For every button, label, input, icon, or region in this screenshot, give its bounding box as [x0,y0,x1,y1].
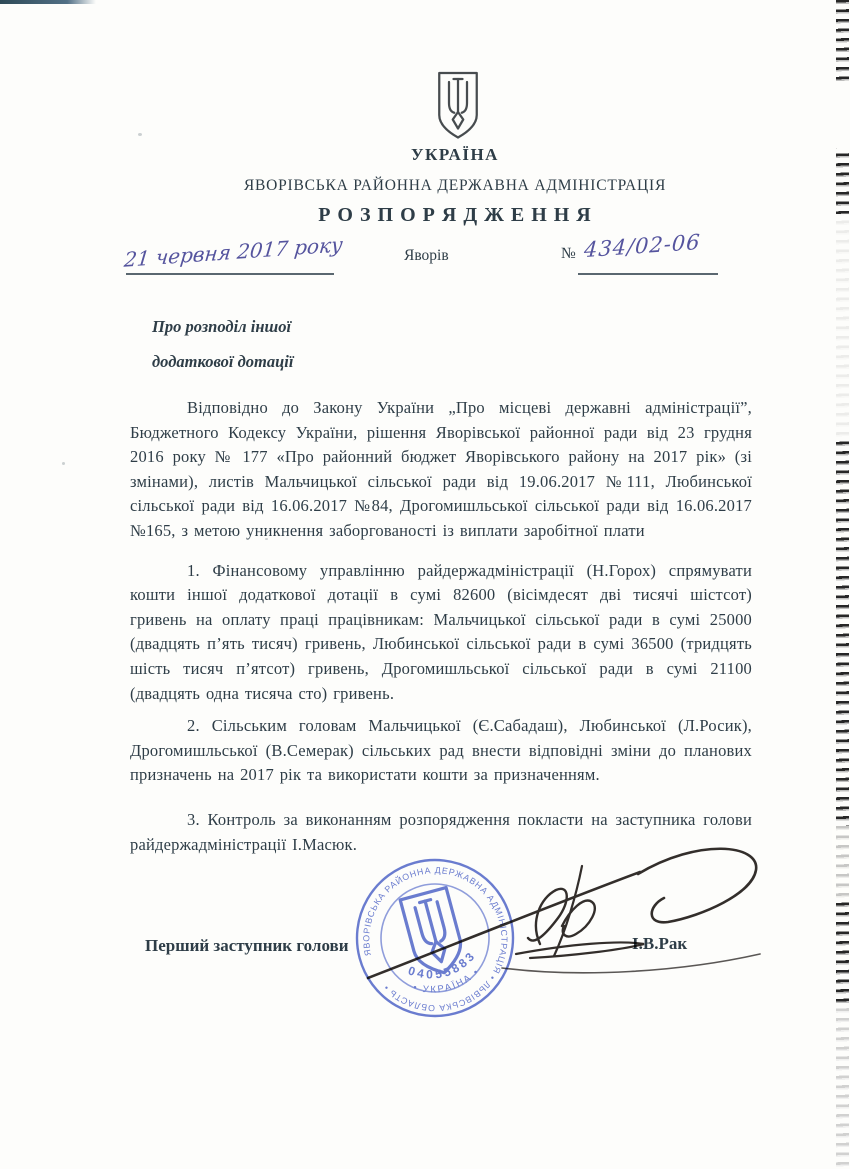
tryzub-emblem-icon [433,70,483,142]
scanned-document-page: УКРАЇНА ЯВОРІВСЬКА РАЙОННА ДЕРЖАВНА АДМІ… [0,0,850,1169]
body-paragraph: Відповідно до Закону України „Про місцев… [130,396,752,544]
signature-autograph [240,826,800,1006]
document-body: Відповідно до Закону України „Про місцев… [130,396,752,857]
number-handwritten: 434/02-06 [583,230,701,262]
scan-binding-gap [832,826,850,898]
scan-speck [62,462,65,465]
body-paragraph: 2. Сільським головам Мальчицької (Є.Саба… [130,714,752,788]
scan-binding-gap [832,84,850,148]
document-type-title: Р О З П О Р Я Д Ж Е Н Н Я [60,204,850,227]
scan-binding-marks [836,0,849,1169]
subject-line-2: додаткової дотації [152,344,293,379]
body-paragraph: 1. Фінансовому управлінню райдержадмініс… [130,559,752,707]
place-name: Яворів [404,247,449,265]
subject-block: Про розподіл іншої додаткової дотації [152,309,293,379]
authority-name: ЯВОРІВСЬКА РАЙОННА ДЕРЖАВНА АДМІНІСТРАЦІ… [60,177,850,195]
date-underline [126,273,334,275]
scan-corner-mark [0,0,96,4]
scan-binding-gap [832,1006,850,1169]
number-label: № [561,245,576,263]
scan-binding-gap [832,214,850,440]
number-underline [578,273,718,275]
scan-speck [138,133,142,136]
date-handwritten: 21 червня 2017 року [123,232,344,272]
subject-line-1: Про розподіл іншої [152,309,293,344]
country-name: УКРАЇНА [60,145,850,165]
